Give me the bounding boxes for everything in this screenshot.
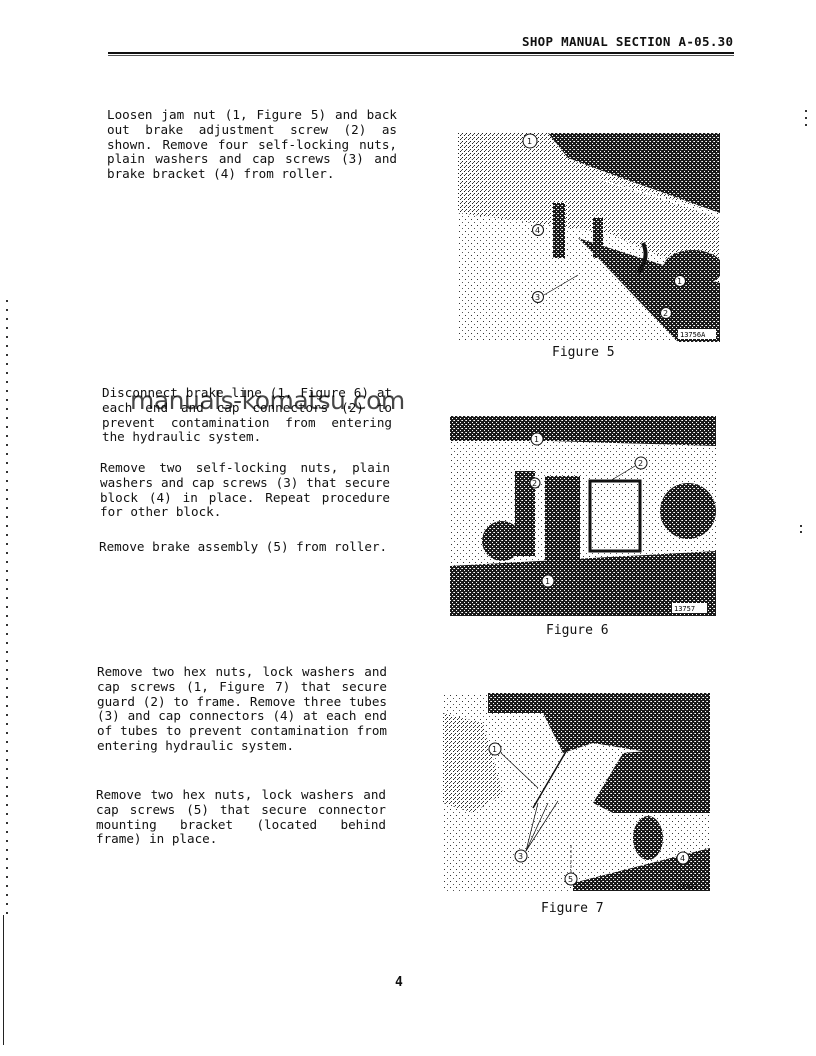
step-paragraph-figure-7: Remove two hex nuts, lock washers and ca… — [97, 665, 387, 754]
figure-7-photo: 1 3 5 4 13783 — [443, 693, 710, 891]
svg-text:1: 1 — [677, 277, 682, 286]
svg-text:13783: 13783 — [676, 883, 697, 891]
header-rule-secondary — [108, 55, 734, 56]
scan-margin-line — [3, 915, 4, 1045]
scan-right-artifact — [805, 110, 807, 130]
page-number: 4 — [395, 975, 403, 990]
svg-text:1: 1 — [527, 137, 532, 146]
manual-page: SHOP MANUAL SECTION A-05.30 Loosen jam n… — [0, 0, 816, 1056]
svg-text:13757: 13757 — [674, 605, 695, 613]
header-rule — [108, 52, 734, 54]
scan-margin-artifact — [6, 300, 8, 920]
step-paragraph-remove-brake-assembly: Remove brake assembly (5) from roller. — [99, 540, 389, 555]
svg-text:2: 2 — [638, 459, 643, 468]
step-paragraph-remove-block: Remove two self-locking nuts, plain wash… — [100, 461, 390, 520]
scan-right-artifact-2 — [800, 525, 802, 537]
svg-text:4: 4 — [535, 226, 540, 235]
section-header: SHOP MANUAL SECTION A-05.30 — [522, 34, 733, 49]
svg-text:4: 4 — [680, 854, 685, 863]
figure-6-photo: 1 2 2 1 13757 — [450, 416, 716, 616]
svg-text:1: 1 — [545, 577, 550, 586]
svg-text:3: 3 — [535, 293, 540, 302]
svg-text:13756A: 13756A — [680, 331, 706, 339]
figure-5-photo: 1 4 3 1 2 13756A — [458, 133, 720, 342]
figure-6-caption: Figure 6 — [546, 623, 609, 638]
figure-5-caption: Figure 5 — [552, 345, 615, 360]
svg-text:1: 1 — [534, 435, 539, 444]
svg-text:2: 2 — [663, 309, 668, 318]
svg-text:1: 1 — [492, 745, 497, 754]
svg-text:2: 2 — [532, 479, 537, 488]
step-paragraph-figure-5: Loosen jam nut (1, Figure 5) and back ou… — [107, 108, 397, 182]
watermark: manuals-komatsu.com — [130, 386, 405, 415]
step-paragraph-connector-bracket: Remove two hex nuts, lock washers and ca… — [96, 788, 386, 847]
svg-text:5: 5 — [568, 875, 573, 884]
figure-7-caption: Figure 7 — [541, 901, 604, 916]
svg-text:3: 3 — [518, 852, 523, 861]
